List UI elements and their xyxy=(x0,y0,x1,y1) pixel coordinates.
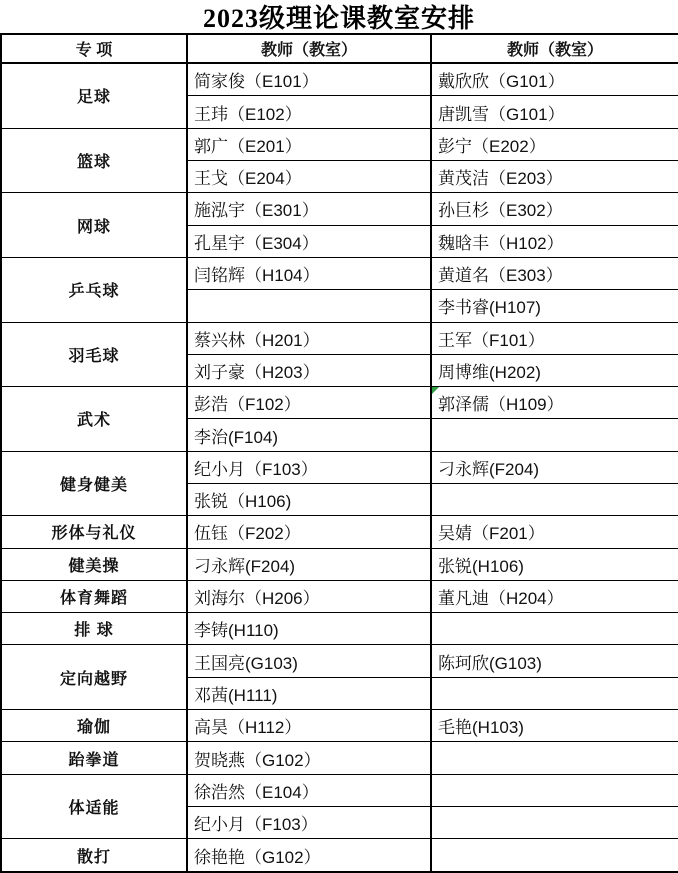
teacher-cell: 邓茜(H111) xyxy=(187,677,431,709)
teacher-cell: 董凡迪（H204） xyxy=(431,580,678,612)
table-row: 健身健美 纪小月（F103） 刁永辉(F204) xyxy=(1,451,678,483)
sport-cell-table-tennis: 乒乓球 xyxy=(1,257,187,322)
teacher-cell: 纪小月（F103） xyxy=(187,451,431,483)
teacher-cell: 孔星宇（E304） xyxy=(187,225,431,257)
teacher-cell: 施泓宇（E301） xyxy=(187,193,431,225)
teacher-cell: 王国亮(G103) xyxy=(187,645,431,677)
teacher-cell: 李治(F104) xyxy=(187,419,431,451)
sport-cell-wushu: 武术 xyxy=(1,387,187,452)
table-row: 足球 简家俊（E101） 戴欣欣（G101） xyxy=(1,63,678,96)
header-row: 专 项 教师（教室） 教师（教室） xyxy=(1,34,678,63)
cell-error-indicator-icon xyxy=(432,387,439,394)
sport-cell-basketball: 篮球 xyxy=(1,128,187,193)
teacher-cell: 张锐（H106) xyxy=(187,483,431,515)
header-teacher-room-2: 教师（教室） xyxy=(431,34,678,63)
teacher-cell: 刘子豪（H203） xyxy=(187,354,431,386)
teacher-cell: 魏晗丰（H102） xyxy=(431,225,678,257)
teacher-cell: 王戈（E204） xyxy=(187,161,431,193)
teacher-cell-empty xyxy=(187,290,431,322)
page-title: 2023级理论课教室安排 xyxy=(0,0,678,33)
teacher-cell-empty xyxy=(431,742,678,774)
teacher-cell: 贺晓燕（G102） xyxy=(187,742,431,774)
table-row: 健美操 刁永辉(F204) 张锐(H106) xyxy=(1,548,678,580)
sport-cell-taekwondo: 跆拳道 xyxy=(1,742,187,774)
sport-cell-bodybuilding: 健身健美 xyxy=(1,451,187,516)
sport-cell-yoga: 瑜伽 xyxy=(1,710,187,742)
table-row: 羽毛球 蔡兴林（H201） 王军（F101） xyxy=(1,322,678,354)
teacher-cell: 纪小月（F103） xyxy=(187,806,431,838)
teacher-cell: 彭浩（F102） xyxy=(187,387,431,419)
teacher-cell-text: 郭泽儒（H109） xyxy=(438,395,564,414)
teacher-cell-empty xyxy=(431,677,678,709)
table-row: 网球 施泓宇（E301） 孙巨杉（E302） xyxy=(1,193,678,225)
sport-cell-tennis: 网球 xyxy=(1,193,187,258)
table-row: 体适能 徐浩然（E104） xyxy=(1,774,678,806)
teacher-cell: 戴欣欣（G101） xyxy=(431,63,678,96)
teacher-cell: 高昊（H112） xyxy=(187,710,431,742)
teacher-cell: 简家俊（E101） xyxy=(187,63,431,96)
table-row: 瑜伽 高昊（H112） 毛艳(H103) xyxy=(1,710,678,742)
teacher-cell: 黄道名（E303） xyxy=(431,257,678,289)
teacher-cell: 周博维(H202) xyxy=(431,354,678,386)
table-row: 乒乓球 闫铭辉（H104） 黄道名（E303） xyxy=(1,257,678,289)
teacher-cell: 吴婧（F201） xyxy=(431,516,678,548)
teacher-cell: 刁永辉(F204) xyxy=(187,548,431,580)
sport-cell-physical-fitness: 体适能 xyxy=(1,774,187,839)
table-row: 定向越野 王国亮(G103) 陈珂欣(G103) xyxy=(1,645,678,677)
teacher-cell: 闫铭辉（H104） xyxy=(187,257,431,289)
table-row: 形体与礼仪 伍钰（F202） 吴婧（F201） xyxy=(1,516,678,548)
sport-cell-sports-dance: 体育舞蹈 xyxy=(1,580,187,612)
teacher-cell: 蔡兴林（H201） xyxy=(187,322,431,354)
schedule-page: 2023级理论课教室安排 专 项 教师（教室） 教师（教室） 足球 简家俊（E1… xyxy=(0,0,678,873)
teacher-cell: 王军（F101） xyxy=(431,322,678,354)
header-specialty: 专 项 xyxy=(1,34,187,63)
teacher-cell: 黄茂洁（E203） xyxy=(431,161,678,193)
teacher-cell: 唐凯雪（G101） xyxy=(431,96,678,128)
sport-cell-football: 足球 xyxy=(1,63,187,128)
sport-cell-etiquette: 形体与礼仪 xyxy=(1,516,187,548)
teacher-cell: 彭宁（E202） xyxy=(431,128,678,160)
teacher-cell: 刁永辉(F204) xyxy=(431,451,678,483)
teacher-cell-empty xyxy=(431,613,678,645)
teacher-cell-empty xyxy=(431,419,678,451)
teacher-cell: 陈珂欣(G103) xyxy=(431,645,678,677)
sport-cell-aerobics: 健美操 xyxy=(1,548,187,580)
sport-cell-sanda: 散打 xyxy=(1,839,187,872)
teacher-cell: 毛艳(H103) xyxy=(431,710,678,742)
teacher-cell-with-error: 郭泽儒（H109） xyxy=(431,387,678,419)
sport-cell-volleyball: 排 球 xyxy=(1,613,187,645)
teacher-cell-empty xyxy=(431,806,678,838)
teacher-cell: 刘海尔（H206） xyxy=(187,580,431,612)
teacher-cell: 孙巨杉（E302） xyxy=(431,193,678,225)
teacher-cell: 伍钰（F202） xyxy=(187,516,431,548)
sport-cell-badminton: 羽毛球 xyxy=(1,322,187,387)
table-row: 篮球 郭广（E201） 彭宁（E202） xyxy=(1,128,678,160)
table-row: 武术 彭浩（F102） 郭泽儒（H109） xyxy=(1,387,678,419)
table-row: 体育舞蹈 刘海尔（H206） 董凡迪（H204） xyxy=(1,580,678,612)
sport-cell-orienteering: 定向越野 xyxy=(1,645,187,710)
teacher-cell: 徐浩然（E104） xyxy=(187,774,431,806)
teacher-cell-empty xyxy=(431,839,678,872)
table-row: 排 球 李铸(H110) xyxy=(1,613,678,645)
teacher-cell: 李书睿(H107) xyxy=(431,290,678,322)
teacher-cell: 李铸(H110) xyxy=(187,613,431,645)
table-row: 散打 徐艳艳（G102） xyxy=(1,839,678,872)
teacher-cell: 郭广（E201） xyxy=(187,128,431,160)
teacher-cell: 王玮（E102） xyxy=(187,96,431,128)
teacher-cell-empty xyxy=(431,483,678,515)
teacher-cell: 张锐(H106) xyxy=(431,548,678,580)
header-teacher-room-1: 教师（教室） xyxy=(187,34,431,63)
teacher-cell-empty xyxy=(431,774,678,806)
table-row: 跆拳道 贺晓燕（G102） xyxy=(1,742,678,774)
teacher-cell: 徐艳艳（G102） xyxy=(187,839,431,872)
classroom-table: 专 项 教师（教室） 教师（教室） 足球 简家俊（E101） 戴欣欣（G101）… xyxy=(0,33,678,873)
